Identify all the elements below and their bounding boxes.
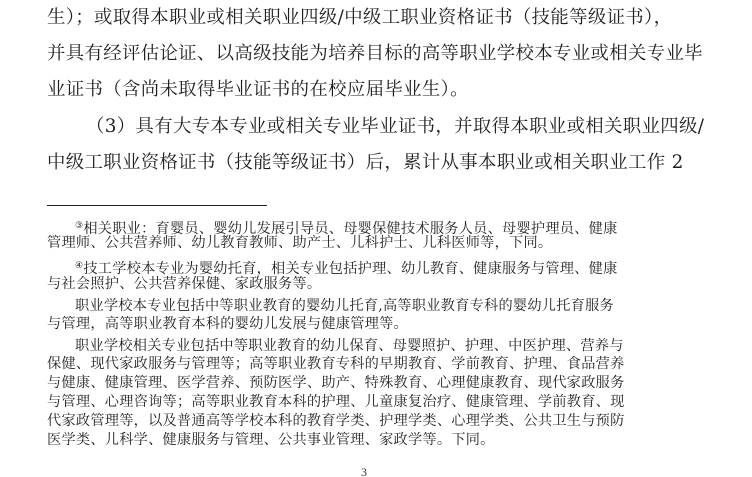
- page-number: 3: [361, 465, 367, 477]
- footnote-4-line: 与健康、健康管理、医学营养、预防医学、助产、特殊教育、心理健康教育、现代家政服务: [47, 375, 712, 392]
- footnote-4-line: 与管理、心理咨询等；高等职业教育本科的护理、儿童康复治疗、健康管理、学前教育、现: [47, 394, 712, 411]
- footnote-4-line: ④技工学校本专业为婴幼托育，相关专业包括护理、幼儿教育、健康服务与管理、健康: [75, 258, 712, 278]
- footnote-4-line: 职业学校本专业包括中等职业教育的婴幼儿托育,高等职业教育专科的婴幼儿托育服务: [75, 298, 712, 315]
- footnote-4-line: 与社会照护、公共营养保健、家政服务等。: [47, 276, 712, 293]
- body-text-line-item-3: （3）具有大专本专业或相关专业毕业证书，并取得本职业或相关职业四级/: [86, 116, 712, 138]
- document-page: 生）；或取得本职业或相关职业四级/中级工职业资格证书（技能等级证书）， 并具有经…: [0, 0, 752, 477]
- body-text-line: 业证书（含尚未取得毕业证书的在校应届毕业生）。: [47, 79, 712, 101]
- footnote-3-line: 管理师、公共营养师、幼儿教育教师、助产士、儿科护士、儿科医师等，下同。: [47, 235, 712, 252]
- footnote-4-line: 保健、现代家政服务与管理等；高等职业教育专科的早期教育、学前教育、护理、食品营养: [47, 356, 712, 373]
- footnote-text: 技工学校本专业为婴幼托育，相关专业包括护理、幼儿教育、健康服务与管理、健康: [83, 261, 617, 277]
- body-text-line: 中级工职业资格证书（技能等级证书）后，累计从事本职业或相关职业工作 2: [47, 152, 712, 174]
- footnote-4-line: 职业学校相关专业包括中等职业教育的幼儿保育、母婴照护、护理、中医护理、营养与: [75, 338, 712, 355]
- footnote-4-line: 与管理，高等职业教育本科的婴幼儿发展与健康管理等。: [47, 316, 712, 333]
- body-text-line: 并具有经评估论证、以高级技能为培养目标的高等职业学校本专业或相关专业毕: [47, 43, 712, 65]
- footnote-separator: [47, 205, 267, 206]
- footnote-4-line: 医学类、儿科学、健康服务与管理、公共事业管理、家政学等。下同。: [47, 432, 712, 449]
- footnote-4-line: 代家政管理等，以及普通高等学校本科的教育学类、护理学类、心理学类、公共卫生与预防: [47, 413, 712, 430]
- body-text-line: 生）；或取得本职业或相关职业四级/中级工职业资格证书（技能等级证书），: [47, 7, 712, 29]
